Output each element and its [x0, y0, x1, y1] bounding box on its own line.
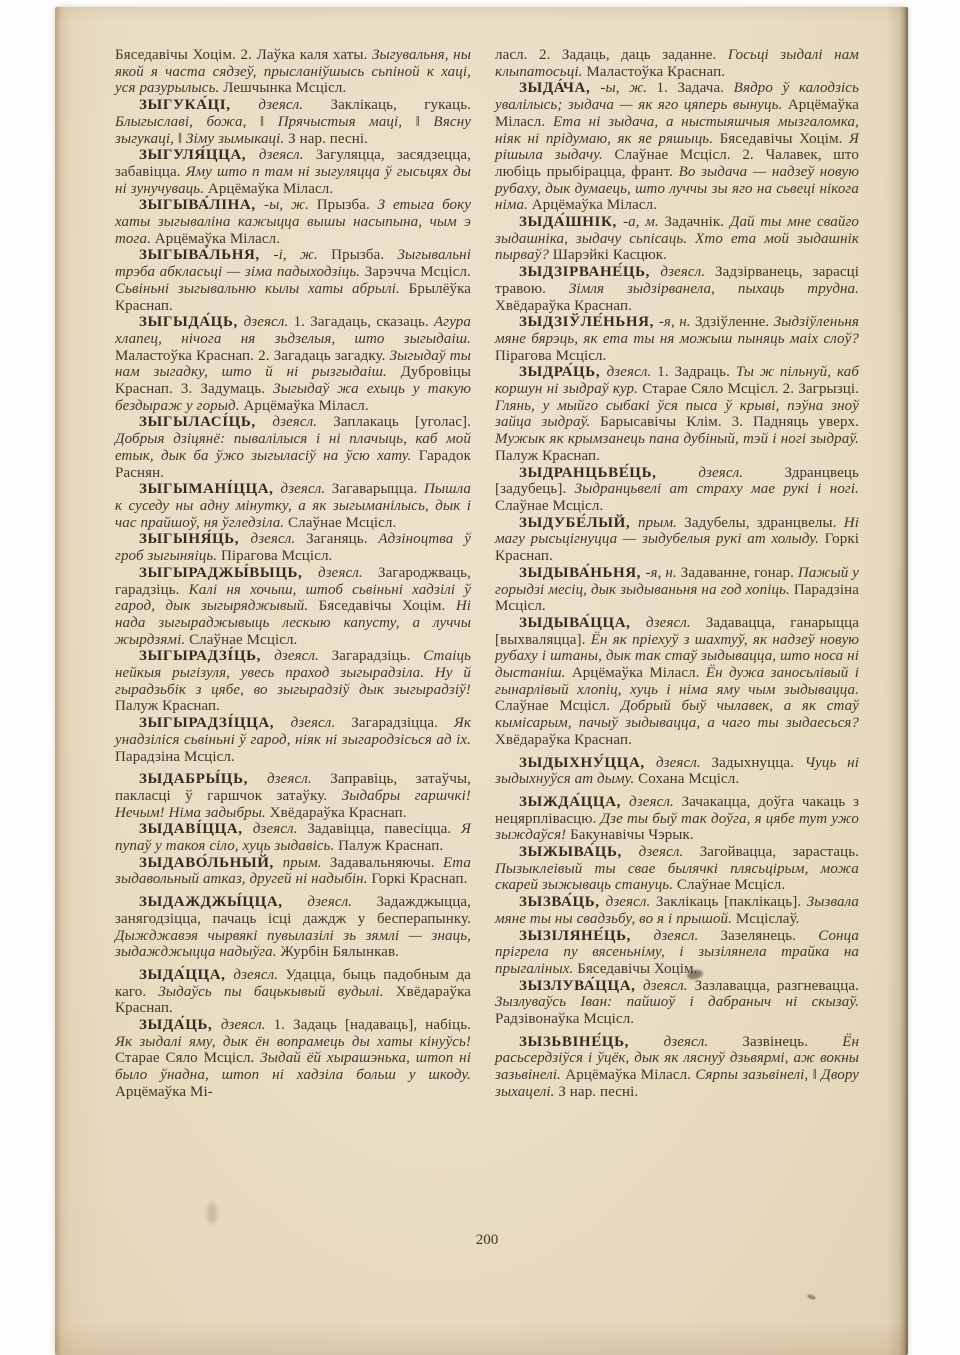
paper-stain — [207, 1202, 217, 1224]
example-text: Зімля зыдзірванела, пыхаць трудна. — [569, 281, 859, 297]
definition-text: Слаўнае Мсцісл. — [677, 877, 785, 893]
headword: ЗЫДА́ЧА, — [519, 80, 600, 96]
example-text: дзеясл. — [639, 844, 700, 860]
definition-text: Палуж Краснап. — [115, 698, 220, 714]
dictionary-entry: ЗЫЗВА́ЦЬ, дзеясл. Заклікаць [паклікаць].… — [495, 894, 859, 927]
dictionary-entry: ЗЫЗІЛЯНЕ́ЦЬ, дзеясл. Зазелянець. Сонца п… — [495, 928, 859, 978]
definition-text: Арцёмаўка Міласл. — [532, 197, 657, 213]
dictionary-entry: ЗЫДЫХНУ́ЦЦА, дзеясл. Задыхнуцца. Чуць ні… — [495, 755, 859, 788]
definition-text: Арцёмаўка Міласл. — [565, 1067, 695, 1083]
dictionary-entry: ЗЫДА́ЦЬ, дзеясл. 1. Задаць [надаваць], н… — [115, 1017, 471, 1101]
definition-text: Хвёдараўка Краснап. — [495, 298, 632, 314]
definition-text: Арцёмаўка Міласл. — [572, 665, 706, 681]
headword: ЗЫДЗІРВАНЕ́ЦЬ, — [519, 264, 660, 280]
example-text: дзеясл. — [244, 314, 294, 330]
definition-text: Старае Сяло Мсцісл. 2. Загрызці. — [642, 381, 859, 397]
dictionary-entry: ЗЫЗЛУВА́ЦЦА, дзеясл. Зазлавацца, разгнев… — [495, 978, 859, 1028]
dictionary-entry: ЗЫГУКА́ЦІ, дзеясл. Заклікаць, гукаць. Бл… — [115, 97, 471, 147]
definition-text: Слаўнае Мсцісл. — [288, 515, 396, 531]
example-text: Добрыя дзіцянё: пывалілыся і ні плачыць,… — [115, 431, 471, 464]
definition-text: ласл. 2. Задаць, даць заданне. — [495, 47, 728, 63]
dictionary-entry: ЗЫДА́ЦЦА, дзеясл. Удацца, быць падобным … — [115, 967, 471, 1017]
dictionary-entry: ЗЫДАБРЫ́ЦЬ, дзеясл. Заправіць, затаўчы, … — [115, 771, 471, 821]
headword: ЗЫДАЖДЖЫ́ЦЦА, — [139, 894, 307, 910]
example-text: дзеясл. — [281, 481, 332, 497]
definition-text: Задачнік. — [665, 214, 730, 230]
definition-text: Радзівонаўка Мсцісл. — [495, 1011, 634, 1027]
example-text: Мужык як крымзанець пана дубіный, тэй і … — [495, 431, 859, 447]
definition-text: Шарэйкі Касцюк. — [553, 247, 667, 263]
headword: ЗЫДЗІЎЛЕ́НЬНЯ, — [519, 314, 659, 330]
scanned-dictionary-page: Бяседавічы Хоцім. 2. Лаўка каля хаты. Зы… — [55, 7, 908, 1355]
definition-text: Бяседавічы Хоцім. — [577, 961, 697, 977]
dictionary-entry: ЗЫГЫВА́ЛІНА, -ы, ж. Прызба. З етыга боку… — [115, 197, 471, 247]
definition-text: Зазелянець. — [721, 928, 819, 944]
headword: ЗЫДЫХНУ́ЦЦА, — [519, 755, 656, 771]
example-text: дзеясл. — [291, 715, 352, 731]
example-text: дзеясл. — [233, 967, 285, 983]
dictionary-entry: ЗЫГЫРАДЗІ́ЦЦА, дзеясл. Загарадзіцца. Як … — [115, 715, 471, 765]
definition-text: Сохана Мсцісл. — [638, 771, 739, 787]
dictionary-entry: ЗЫДЫВА́НЬНЯ, -я, н. Задаванне, гонар. Па… — [495, 565, 859, 615]
headword: ЗЫДА́ЦЦА, — [139, 967, 233, 983]
definition-text: Парадзіна Мсцісл. — [115, 749, 235, 765]
dictionary-entry: ЗЫДУБЕ́ЛЫЙ, прым. Задубелы, здранцвелы. … — [495, 515, 859, 565]
definition-text: 1. Задаць [надаваць], набіць. — [274, 1017, 471, 1033]
definition-text: Арцёмаўка Мі- — [115, 1084, 213, 1100]
definition-text: Пірагова Мсцісл. — [495, 348, 606, 364]
example-text: дзеясл. — [253, 821, 307, 837]
example-text: дзеясл. — [664, 1034, 743, 1050]
definition-text: Заганяць. — [306, 531, 378, 547]
dictionary-entry: ЗЫЖДА́ЦЦА, дзеясл. Зачакацца, доўга чака… — [495, 794, 859, 844]
example-text: дзеясл. — [307, 894, 376, 910]
dictionary-entry: ЗЫЗЬВІНЕ́ЦЬ, дзеясл. Зазвінець. Ён расьс… — [495, 1034, 859, 1101]
headword: ЗЫЗВА́ЦЬ, — [519, 894, 606, 910]
dictionary-entry: ласл. 2. Задаць, даць заданне. Госьці зы… — [495, 47, 859, 80]
example-text: дзеясл. — [656, 755, 711, 771]
definition-text: Хвёдараўка Краснап. — [495, 732, 632, 748]
dictionary-entry: ЗЫГЫРАДЖЫ́ВЫЦЬ, дзеясл. Загароджваць, га… — [115, 565, 471, 649]
headword: ЗЫГЫРАДЖЫ́ВЫЦЬ, — [139, 565, 318, 581]
definition-text: Старае Сяло Мсцісл. — [115, 1050, 260, 1066]
example-text: дзеясл. — [272, 414, 333, 430]
example-text: дзеясл. — [251, 531, 307, 547]
definition-text: Арцёмаўка Міласл. — [208, 181, 333, 197]
definition-text: Задавіцца, павесіцца. — [307, 821, 461, 837]
definition-text: Журбін Бялынкав. — [280, 944, 399, 960]
example-text: дзеясл. — [643, 978, 695, 994]
definition-text: Бяседавічы Хоцім. 2. Лаўка каля хаты. — [115, 47, 372, 63]
dictionary-entry: ЗЫГЫВА́ЛЬНЯ, -і, ж. Прызба. Зыгывальні т… — [115, 247, 471, 314]
headword: ЗЫЗЬВІНЕ́ЦЬ, — [519, 1034, 664, 1050]
definition-text: Слаўнае Мсцісл. — [495, 498, 603, 514]
example-text: дзеясл. — [607, 364, 658, 380]
example-text: Зызлуваўсь Іван: пайшоў і дабраныч ні ск… — [495, 994, 859, 1010]
definition-text: Прызба. — [331, 247, 397, 263]
definition-text: 1. Загадаць, сказаць. — [294, 314, 434, 330]
definition-text: Зазвінець. — [742, 1034, 842, 1050]
definition-text: Прызба. — [317, 197, 378, 213]
example-text: -ы, ж. — [264, 197, 317, 213]
dictionary-entry: ЗЫГУЛЯ́ЦЦА, дзеясл. Загуляцца, засядзецц… — [115, 147, 471, 197]
headword: ЗЫГУЛЯ́ЦЦА, — [139, 147, 259, 163]
definition-text: З нар. песні. — [558, 1084, 638, 1100]
headword: ЗЫЗЛУВА́ЦЦА, — [519, 978, 643, 994]
right-column: ласл. 2. Задаць, даць заданне. Госьці зы… — [495, 47, 859, 1101]
example-text: дзеясл. — [267, 771, 330, 787]
example-text: Зыдранцьвелі ат страху мае рукі і ногі. — [575, 481, 859, 497]
definition-text: Слаўнае Мсцісл. — [495, 698, 621, 714]
example-text: дзеясл. — [629, 794, 681, 810]
headword: ЗЫДАБРЫ́ЦЬ, — [139, 771, 267, 787]
definition-text: Заклікаць [паклікаць]. — [656, 894, 807, 910]
example-text: Сьвіньні зыгывальню кылы хаты абрылі. — [115, 281, 409, 297]
definition-text: Бяседавічы Хоцім. — [720, 131, 849, 147]
headword: ЗЫГЫМАНІ́ЦЦА, — [139, 481, 281, 497]
definition-text: Загарадзіць. — [332, 648, 424, 664]
dictionary-entry: ЗЫДА́ЧА, -ы, ж. 1. Задача. Вядро ў калод… — [495, 80, 859, 214]
definition-text: Палуж Краснап. — [338, 838, 443, 854]
definition-text: Задавальняючы. — [330, 855, 443, 871]
example-text: дзеясл. — [221, 1017, 274, 1033]
definition-text: Загарадзіцца. — [351, 715, 454, 731]
example-text: дзеясл. — [698, 465, 784, 481]
definition-text: Зарэчча Мсцісл. — [365, 264, 471, 280]
definition-text: Загойвацца, зарастаць. — [700, 844, 859, 860]
example-text: дзеясл. — [606, 894, 656, 910]
headword: ЗЫДРАНЦЬВЕ́ЦЬ, — [519, 465, 698, 481]
example-text: дзеясл. — [660, 264, 715, 280]
headword: ЗЫДЫВА́НЬНЯ, — [519, 565, 645, 581]
ink-speck — [807, 1294, 817, 1301]
dictionary-entry: ЗЫГЫРАДЗІ́ЦЬ, дзеясл. Загарадзіць. Стаіц… — [115, 648, 471, 715]
dictionary-entry: ЗЫЖЫВА́ЦЬ, дзеясл. Загойвацца, зарастаць… — [495, 844, 859, 894]
dictionary-entry: ЗЫДРАНЦЬВЕ́ЦЬ, дзеясл. Здранцвець [задуб… — [495, 465, 859, 515]
dictionary-entry: ЗЫДЗІРВАНЕ́ЦЬ, дзеясл. Задзірванець, зар… — [495, 264, 859, 314]
dictionary-entry: ЗЫГЫДА́ЦЬ, дзеясл. 1. Загадаць, сказаць.… — [115, 314, 471, 414]
example-text: дзеясл. — [654, 928, 721, 944]
example-text: дзеясл. — [646, 615, 706, 631]
definition-text: Мсціслаў. — [736, 911, 800, 927]
definition-text: Загаварыцца. — [332, 481, 424, 497]
example-text: дзеясл. — [274, 648, 331, 664]
definition-text: Задубелы, здранцвелы. — [684, 515, 844, 531]
headword: ЗЫГЫВА́ЛЬНЯ, — [139, 247, 274, 263]
example-text: прым. — [638, 515, 684, 531]
headword: ЗЫГЫДА́ЦЬ, — [139, 314, 244, 330]
definition-text: Бакунавічы Чэрык. — [570, 827, 694, 843]
definition-text: Пірагова Мсцісл. — [221, 548, 332, 564]
example-text: Зыдаўсь пы бацькывый вудылі. — [158, 984, 395, 1000]
dictionary-entry: ЗЫДРА́ЦЬ, дзеясл. 1. Задраць. Ты ж пільн… — [495, 364, 859, 464]
dictionary-entry: ЗЫДЗІЎЛЕ́НЬНЯ, -я, н. Здзіўленне. Зыдзіў… — [495, 314, 859, 364]
headword: ЗЫГЫНЯ́ЦЬ, — [139, 531, 251, 547]
headword: ЗЫГЫРАДЗІ́ЦЬ, — [139, 648, 274, 664]
headword: ЗЫЖЫВА́ЦЬ, — [519, 844, 639, 860]
definition-text: Заклікаць, гукаць. — [331, 97, 472, 113]
headword: ЗЫДРА́ЦЬ, — [519, 364, 607, 380]
example-text: дзеясл. — [258, 97, 330, 113]
definition-text: Слаўнае Мсцісл. — [189, 632, 297, 648]
definition-text: Арцёмаўка Міласл. — [155, 231, 280, 247]
definition-text: Задаванне, гонар. — [681, 565, 798, 581]
headword: ЗЫДУБЕ́ЛЫЙ, — [519, 515, 638, 531]
dictionary-entry: ЗЫДА́ШНІК, -а, м. Задачнік. Дай ты мне с… — [495, 214, 859, 264]
example-text: -а, м. — [623, 214, 665, 230]
definition-text: 1. Задача. — [657, 80, 734, 96]
dictionary-entry: ЗЫГЫЛАСІ́ЦЬ, дзеясл. Заплакаць [уголас].… — [115, 414, 471, 481]
definition-text: Арцёмаўка Міласл. — [243, 398, 368, 414]
headword: ЗЫГЫЛАСІ́ЦЬ, — [139, 414, 272, 430]
definition-text: Маластоўка Краснап. — [586, 64, 725, 80]
headword: ЗЫГЫВА́ЛІНА, — [139, 197, 264, 213]
definition-text: Зазлавацца, разгневацца. — [695, 978, 859, 994]
example-text: -я, н. — [659, 314, 695, 330]
dictionary-entry: Бяседавічы Хоцім. 2. Лаўка каля хаты. Зы… — [115, 47, 471, 97]
definition-text: Лешчынка Мсцісл. — [223, 80, 346, 96]
example-text: -ы, ж. — [600, 80, 656, 96]
headword: ЗЫГУКА́ЦІ, — [139, 97, 258, 113]
headword: ЗЫЗІЛЯНЕ́ЦЬ, — [519, 928, 654, 944]
definition-text: 1. Задраць. — [657, 364, 736, 380]
definition-text: Заплакаць [уголас]. — [333, 414, 471, 430]
dictionary-entry: ЗЫГЫНЯ́ЦЬ, дзеясл. Заганяць. Адзіноцтва … — [115, 531, 471, 564]
definition-text: Задыхнуцца. — [711, 755, 804, 771]
headword: ЗЫЖДА́ЦЦА, — [519, 794, 629, 810]
headword: ЗЫГЫРАДЗІ́ЦЦА, — [139, 715, 291, 731]
left-column: Бяседавічы Хоцім. 2. Лаўка каля хаты. Зы… — [115, 47, 471, 1101]
dictionary-entry: ЗЫДАВО́ЛЬНЫЙ, прым. Задавальняючы. Ета з… — [115, 855, 471, 888]
headword: ЗЫДАВІ́ЦЦА, — [139, 821, 253, 837]
example-text: -і, ж. — [274, 247, 332, 263]
dictionary-entry: ЗЫДАВІ́ЦЦА, дзеясл. Задавіцца, павесіцца… — [115, 821, 471, 854]
dictionary-entry: ЗЫДЫВА́ЦЦА, дзеясл. Задавацца, ганарыцца… — [495, 615, 859, 749]
example-text: дзеясл. — [318, 565, 378, 581]
headword: ЗЫДАВО́ЛЬНЫЙ, — [139, 855, 283, 871]
example-text: Як зыдалі яму, дык ён вопрамець ды хаты … — [115, 1034, 471, 1050]
definition-text: Горкі Краснап. — [371, 871, 467, 887]
dictionary-entry: ЗЫДАЖДЖЫ́ЦЦА, дзеясл. Задажджыцца, заняг… — [115, 894, 471, 961]
example-text: дзеясл. — [259, 147, 316, 163]
example-text: прым. — [283, 855, 330, 871]
definition-text: З нар. песні. — [288, 131, 368, 147]
headword: ЗЫДЫВА́ЦЦА, — [519, 615, 646, 631]
definition-text: Бяседавічы Хоцім. — [319, 598, 456, 614]
example-text: -я, н. — [645, 565, 680, 581]
headword: ЗЫДА́ШНІК, — [519, 214, 623, 230]
dictionary-entry: ЗЫГЫМАНІ́ЦЦА, дзеясл. Загаварыцца. Пышла… — [115, 481, 471, 531]
page-number: 200 — [115, 1232, 859, 1249]
definition-text: Хвёдараўка Краснап. — [270, 805, 407, 821]
definition-text: Барысавічы Клім. 3. Падняць уверх. — [600, 414, 859, 430]
headword: ЗЫДА́ЦЬ, — [139, 1017, 221, 1033]
definition-text: Маластоўка Краснап. 2. Загадаць загадку. — [115, 348, 390, 364]
definition-text: Палуж Краснап. — [495, 448, 600, 464]
definition-text: Здзіўленне. — [695, 314, 774, 330]
